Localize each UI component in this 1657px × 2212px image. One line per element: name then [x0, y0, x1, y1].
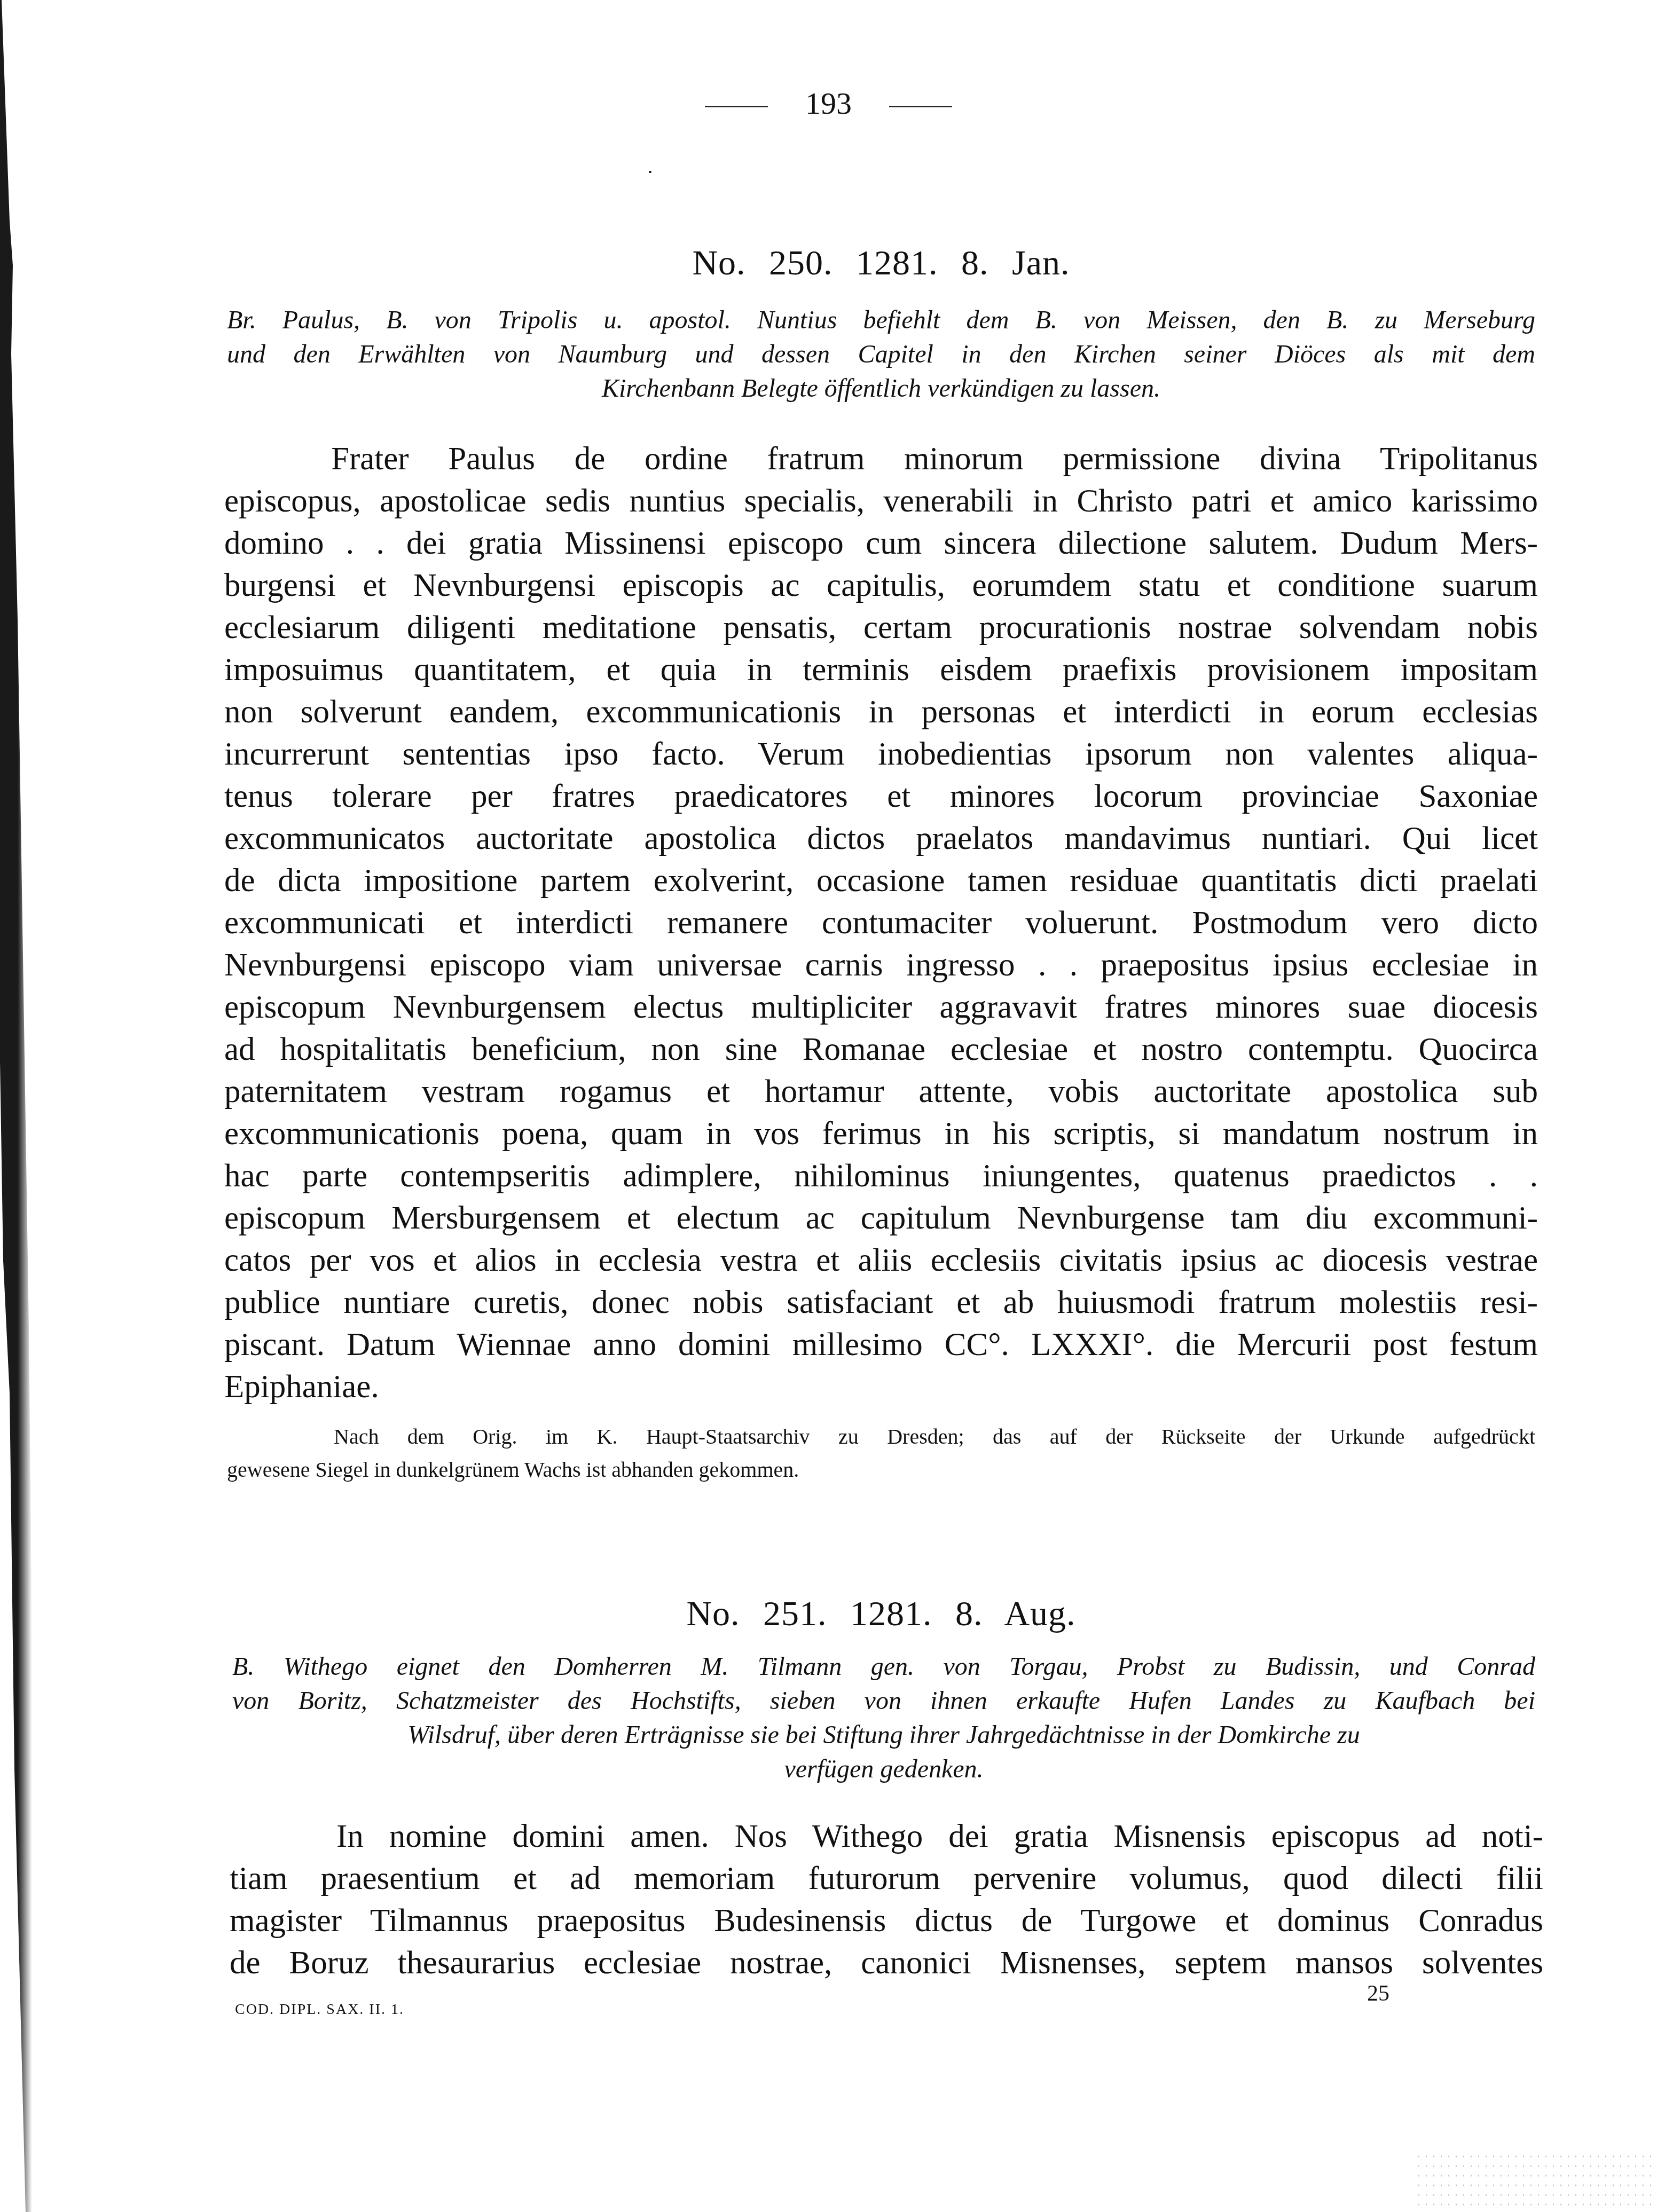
- summary-line: Kirchenbann Belegte öffentlich verkündig…: [227, 372, 1535, 406]
- scan-edge-shadow: [0, 0, 32, 2212]
- body-line: In nomine domini amen. Nos Withego dei g…: [230, 1815, 1543, 1857]
- ink-speck: [649, 171, 651, 173]
- summary-line: Br. Paulus, B. von Tripolis u. apostol. …: [227, 303, 1535, 337]
- footnote-line: gewesene Siegel in dunkelgrünem Wachs is…: [227, 1453, 1535, 1486]
- header-rule-left: [705, 106, 768, 107]
- body-line: imposuimus quantitatem, et quia in termi…: [224, 649, 1538, 691]
- body-line: episcopum Mersburgensem et electum ac ca…: [224, 1197, 1538, 1239]
- footnote-line: Nach dem Orig. im K. Haupt-Staatsarchiv …: [227, 1420, 1535, 1453]
- signature-mark: COD. DIPL. SAX. II. 1.: [235, 2001, 404, 2018]
- body-line: excommunicati et interdicti remanere con…: [224, 902, 1538, 944]
- summary-line: und den Erwählten von Naumburg und desse…: [227, 337, 1535, 372]
- scan-noise: [1415, 2152, 1657, 2212]
- document-heading: No. 250. 1281. 8. Jan.: [224, 243, 1538, 284]
- body-line: de dicta impositione partem exolverint, …: [224, 860, 1538, 902]
- document-251-heading-block: No. 251. 1281. 8. Aug.: [224, 1594, 1538, 1634]
- document-250-footnote: Nach dem Orig. im K. Haupt-Staatsarchiv …: [227, 1420, 1535, 1486]
- body-line: de Boruz thesaurarius ecclesiae nostrae,…: [230, 1942, 1543, 1984]
- header-rule-right: [889, 106, 952, 107]
- body-line: ecclesiarum diligenti meditatione pensat…: [224, 607, 1538, 649]
- summary-line: B. Withego eignet den Domherren M. Tilma…: [232, 1650, 1535, 1684]
- body-line: episcopus, apostolicae sedis nuntius spe…: [224, 480, 1538, 522]
- page-header: 193: [0, 85, 1657, 121]
- signature-number: 25: [1367, 1981, 1389, 2006]
- body-line: catos per vos et alios in ecclesia vestr…: [224, 1239, 1538, 1281]
- body-line: tiam praesentium et ad memoriam futuroru…: [230, 1857, 1543, 1900]
- document-251-body: In nomine domini amen. Nos Withego dei g…: [230, 1815, 1543, 1984]
- body-line: episcopum Nevnburgensem electus multipli…: [224, 986, 1538, 1028]
- document-heading: No. 251. 1281. 8. Aug.: [224, 1594, 1538, 1634]
- body-line: piscant. Datum Wiennae anno domini mille…: [224, 1324, 1538, 1366]
- body-line: incurrerunt sententias ipso facto. Verum…: [224, 733, 1538, 775]
- body-line: burgensi et Nevnburgensi episcopis ac ca…: [224, 564, 1538, 607]
- body-line: excommunicatos auctoritate apostolica di…: [224, 817, 1538, 860]
- summary-line: verfügen gedenken.: [232, 1752, 1535, 1786]
- body-line: tenus tolerare per fratres praedicatores…: [224, 775, 1538, 817]
- summary-line: von Boritz, Schatzmeister des Hochstifts…: [232, 1684, 1535, 1718]
- body-line: non solverunt eandem, excommunicationis …: [224, 691, 1538, 733]
- body-line: domino . . dei gratia Missinensi episcop…: [224, 522, 1538, 564]
- page-number: 193: [805, 86, 852, 121]
- body-line: paternitatem vestram rogamus et hortamur…: [224, 1070, 1538, 1113]
- body-line: excommunicationis poena, quam in vos fer…: [224, 1113, 1538, 1155]
- body-line: ad hospitalitatis beneficium, non sine R…: [224, 1028, 1538, 1070]
- document-251-summary: B. Withego eignet den Domherren M. Tilma…: [232, 1650, 1535, 1786]
- summary-line: Wilsdruf, über deren Erträgnisse sie bei…: [232, 1718, 1535, 1752]
- document-250-heading-block: No. 250. 1281. 8. Jan.: [224, 243, 1538, 284]
- body-line: hac parte contempseritis adimplere, nihi…: [224, 1155, 1538, 1197]
- document-250-summary: Br. Paulus, B. von Tripolis u. apostol. …: [227, 303, 1535, 406]
- body-line: magister Tilmannus praepositus Budesinen…: [230, 1900, 1543, 1942]
- body-line: Frater Paulus de ordine fratrum minorum …: [224, 438, 1538, 480]
- body-line: Epiphaniae.: [224, 1366, 1538, 1408]
- body-line: Nevnburgensi episcopo viam universae car…: [224, 944, 1538, 986]
- body-line: publice nuntiare curetis, donec nobis sa…: [224, 1281, 1538, 1324]
- document-250-body: Frater Paulus de ordine fratrum minorum …: [224, 438, 1538, 1408]
